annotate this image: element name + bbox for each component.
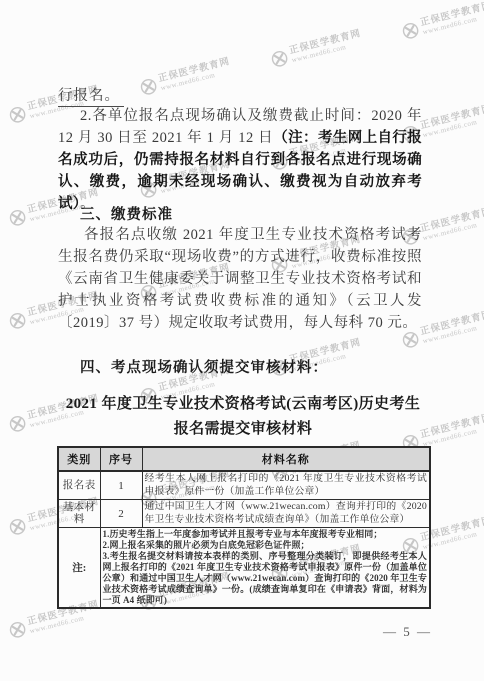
paragraph-fee: 各报名点收缴 2021 年度卫生专业技术资格考试考生报名费仍采取“现场收费”的方… — [58, 224, 422, 334]
continuation-line: 行报名。 — [58, 84, 124, 107]
note-line-1: 1.历史考生指上一年度参加考试并且报考专业与本年度报考专业相同； — [103, 529, 428, 540]
cell-number: 1 — [100, 471, 142, 500]
notes-cell: 1.历史考生指上一年度参加考试并且报考专业与本年度报考专业相同； 2.网上报名采… — [100, 528, 430, 609]
page-number: — 5 — — [383, 624, 432, 640]
paragraph-deadline: 2.各单位报名点现场确认及缴费截止时间：2020 年 12 月 30 日至 20… — [58, 105, 422, 215]
heading-fee-standard: 三、缴费标准 — [80, 203, 173, 224]
heading-materials: 四、考点现场确认须提交审核材料： — [80, 356, 328, 377]
table-note-row: 注: 1.历史考生指上一年度参加考试并且报考专业与本年度报考专业相同； 2.网上… — [58, 528, 430, 609]
note-label: 注: — [58, 528, 100, 609]
cell-category: 基本材料 — [58, 500, 100, 528]
table-title-line1: 2021 年度卫生专业技术资格考试(云南考区)历史考生 — [57, 392, 429, 417]
note-line-2: 2.网上报名采集的照片必须为白底免冠彩色证件照； — [103, 540, 428, 551]
cell-material: 通过中国卫生人才网（www.21wecan.com）查询并打印的《2020 年卫… — [142, 500, 430, 528]
table-row: 基本材料 2 通过中国卫生人才网（www.21wecan.com）查询并打印的《… — [58, 500, 430, 528]
page-content: 行报名。 2.各单位报名点现场确认及缴费截止时间：2020 年 12 月 30 … — [0, 0, 484, 681]
table-row: 报名表 1 经考生本人网上报名打印的《2021 年度卫生专业技术资格考试申报表》… — [58, 471, 430, 500]
header-material-name: 材料名称 — [142, 447, 430, 471]
header-number: 序号 — [100, 447, 142, 471]
table-header-row: 类别 序号 材料名称 — [58, 447, 430, 471]
table-title: 2021 年度卫生专业技术资格考试(云南考区)历史考生 报名需提交审核材料 — [57, 392, 429, 442]
cell-number: 2 — [100, 500, 142, 528]
note-line-3: 3.考生报名提交材料请按本表样的类别、序号整理分类装订，即提供经考生本人网上报名… — [103, 551, 428, 606]
header-category: 类别 — [58, 447, 100, 471]
cell-category: 报名表 — [58, 471, 100, 500]
materials-table: 类别 序号 材料名称 报名表 1 经考生本人网上报名打印的《2021 年度卫生专… — [57, 446, 431, 609]
cell-material: 经考生本人网上报名打印的《2021 年度卫生专业技术资格考试申报表》原件一份（加… — [142, 471, 430, 500]
table-title-line2: 报名需提交审核材料 — [57, 417, 429, 442]
document-page: 正保医学教育网www.med66.com正保医学教育网www.med66.com… — [0, 0, 484, 681]
